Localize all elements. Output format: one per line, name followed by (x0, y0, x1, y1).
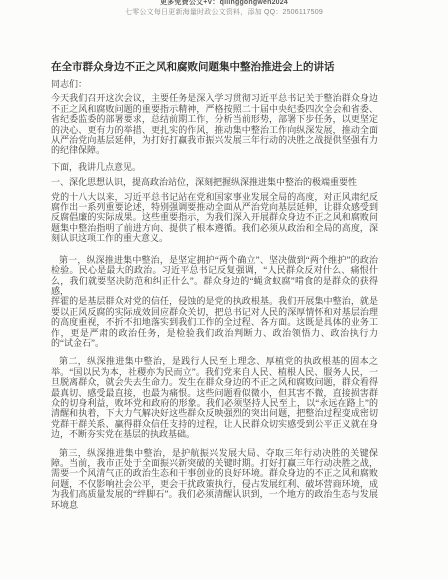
promo-header-line1: 更多免费公文+V：qilinggongwen2024 (0, 0, 448, 7)
paragraph-point-1: 第一，纵深推进集中整治，是坚定拥护“两个确立”、坚决做到“两个维护”的政治检验。… (51, 255, 378, 349)
document-body: 在全市群众身边不正之风和腐败问题集中整治推进会上的讲话 同志们： 今天我们召开这… (51, 61, 378, 510)
document-page: 更多免费公文+V：qilinggongwen2024 七零公文每日更新海量时政公… (0, 0, 448, 580)
document-title: 在全市群众身边不正之风和腐败问题集中整治推进会上的讲话 (51, 61, 378, 74)
promo-header-line2: 七零公文每日更新海量时政公文资料，添加 QQ：2506117509 (0, 9, 448, 17)
promo-header: 更多免费公文+V：qilinggongwen2024 七零公文每日更新海量时政公… (0, 0, 448, 17)
salutation: 同志们： (51, 79, 378, 89)
section-heading-1: 一、深化思想认识，提高政治站位，深刻把握纵深推进集中整治的极端重要性 (51, 177, 378, 187)
paragraph-point-2: 第二，纵深推进集中整治，是践行人民至上理念、厚植党的执政根基的固本之举。“国以民… (51, 356, 378, 439)
paragraph-transition: 下面，我讲几点意见。 (51, 162, 378, 172)
paragraph-significance: 党的十八大以来，习近平总书记站在党和国家事业发展全局的高度，对正风肃纪反腐作出一… (51, 192, 378, 244)
paragraph-point-3: 第三，纵深推进集中整治，是护航振兴发展大局、夺取三年行动决胜的关键保障。当前，我… (51, 448, 378, 510)
paragraph-intro: 今天我们召开这次会议，主要任务是深入学习贯彻习近平总书记关于整治群众身边不正之风… (51, 93, 378, 155)
